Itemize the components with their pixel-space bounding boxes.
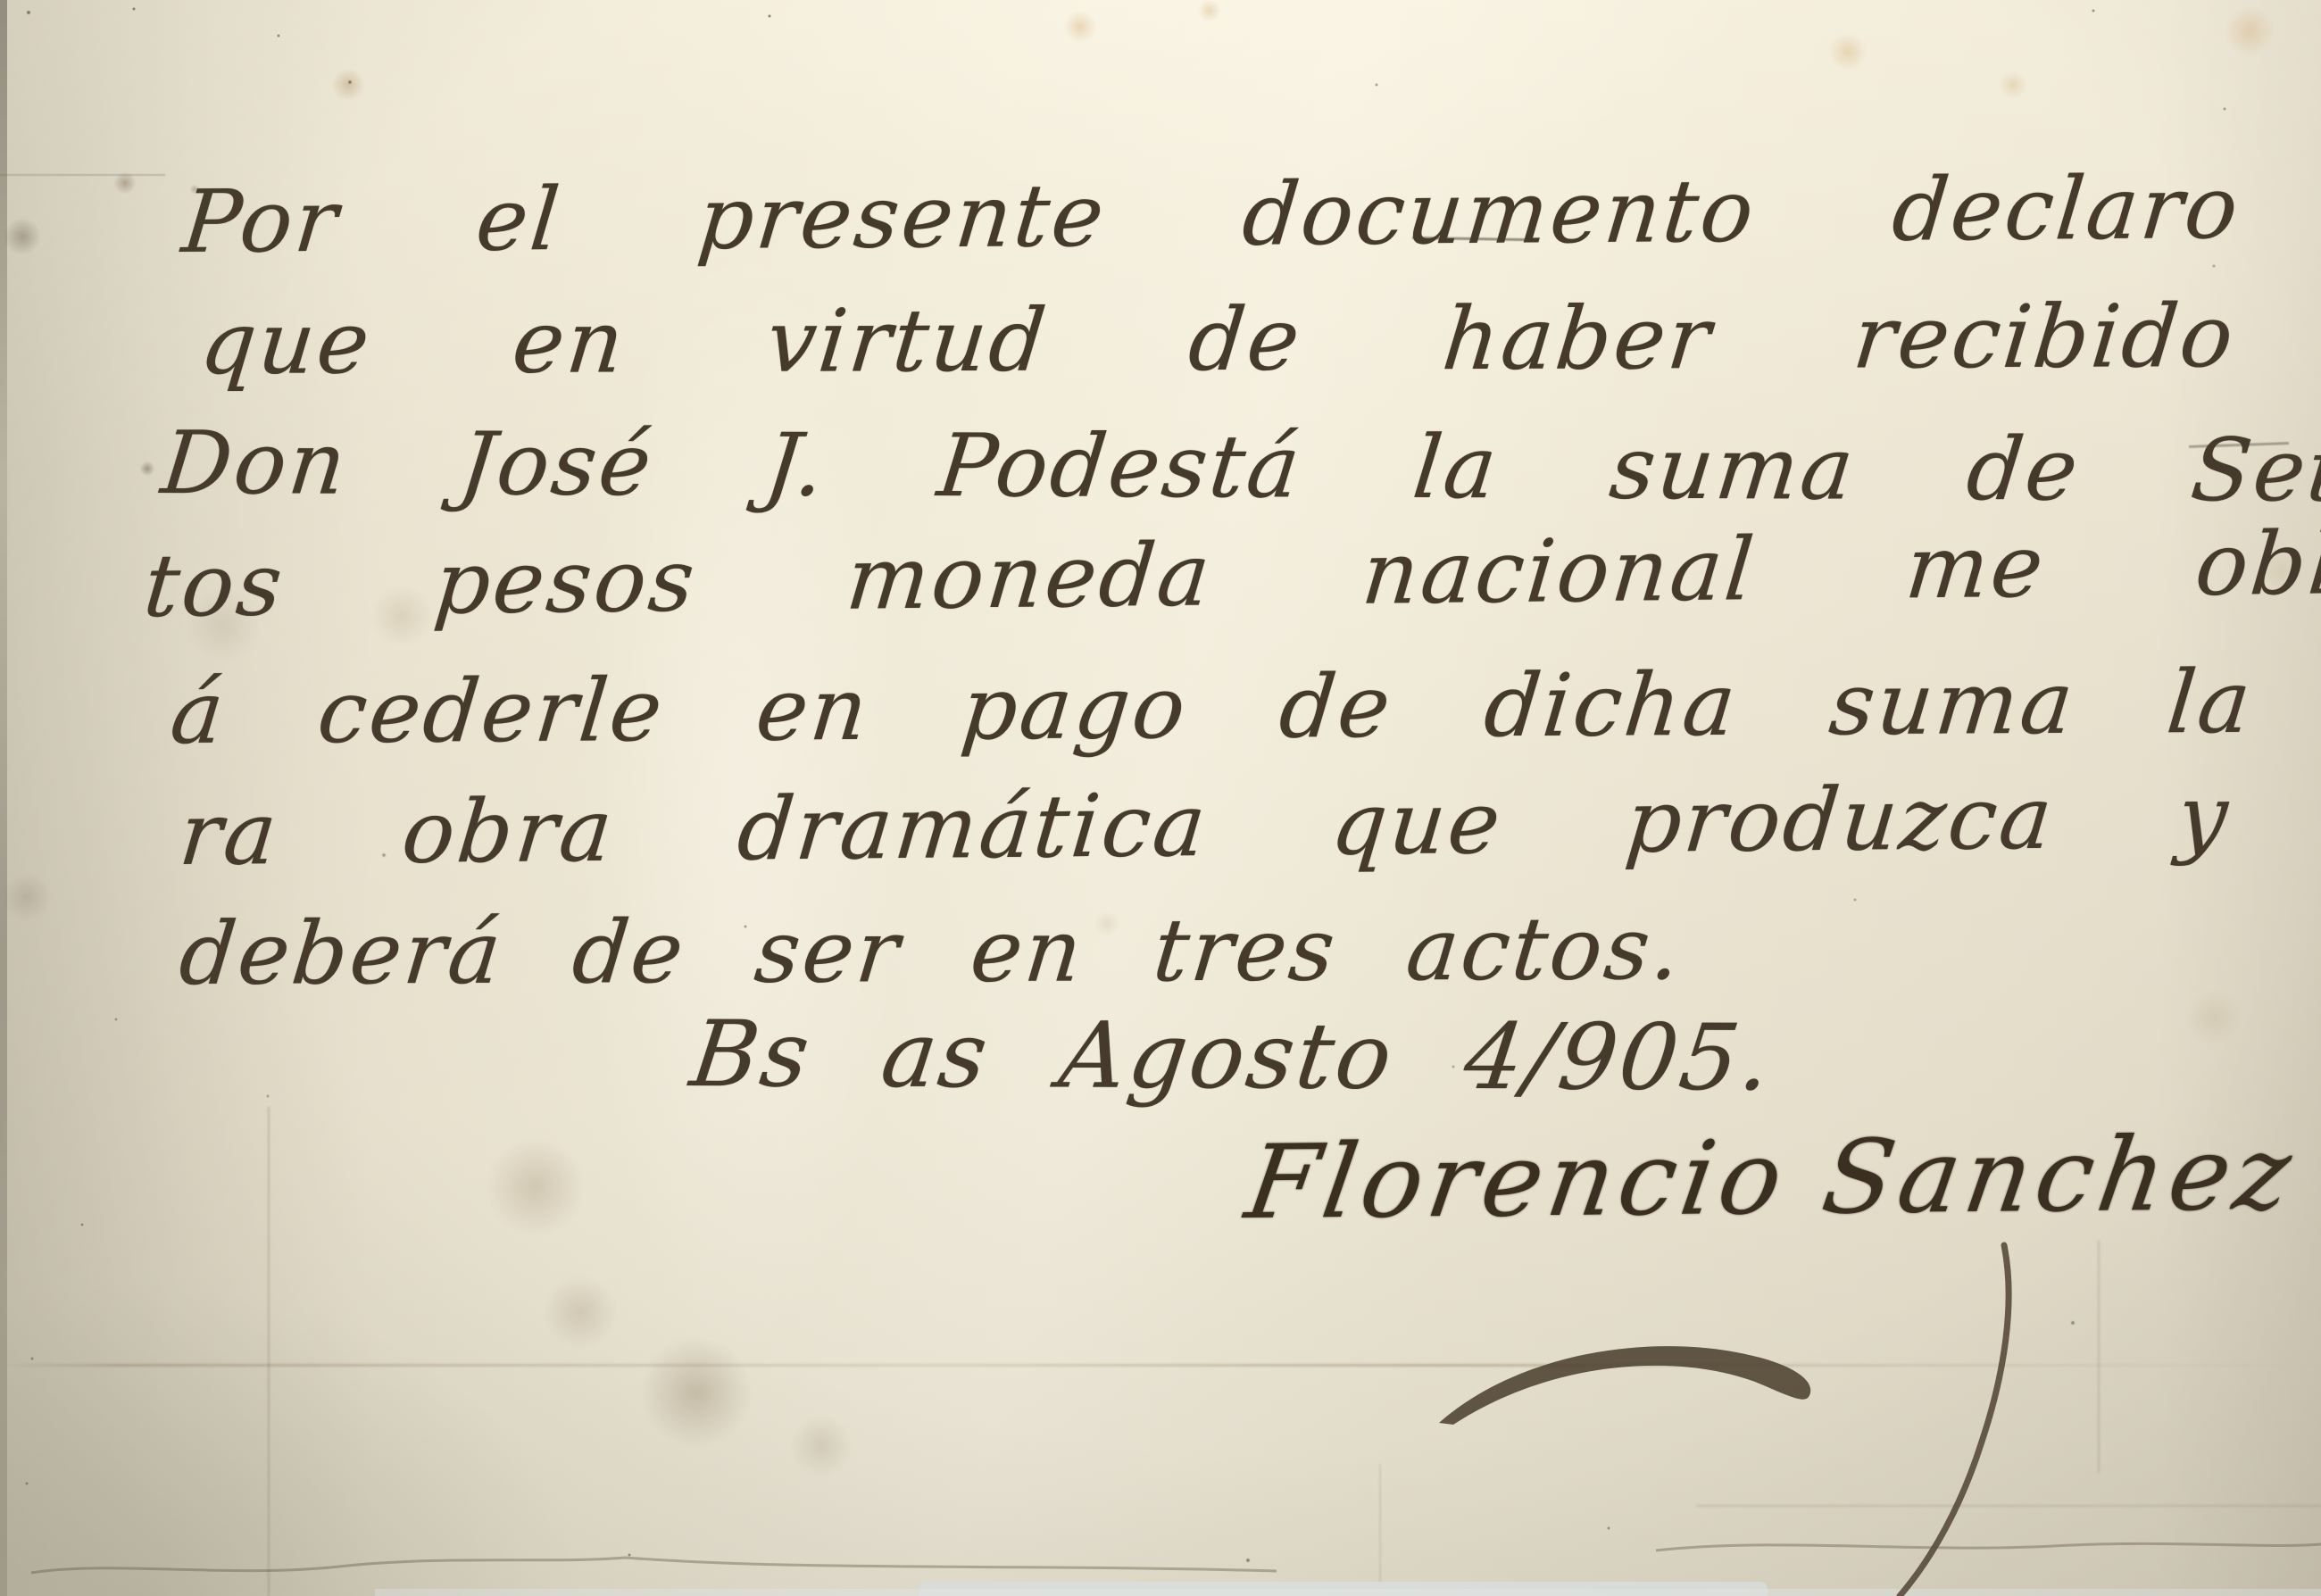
paper-edge-shadow — [0, 0, 7, 1596]
manuscript-line-5: á cederle en pago de dicha suma la prime… — [166, 649, 2321, 763]
manuscript-line-1: Por el presente documento declaro — [178, 157, 2244, 272]
fold-crease-vertical-right — [2098, 1241, 2100, 1473]
fold-crease-vertical-center — [1379, 1464, 1381, 1596]
manuscript-line-2: que en virtud de haber recibido de — [195, 285, 2321, 394]
manuscript-line-4: tos pesos moneda nacional me obligo — [140, 511, 2321, 636]
manuscript-photo: Por el presente documento declaro que en… — [0, 0, 2321, 1596]
signature: Florencio Sanchez — [1239, 1114, 2304, 1242]
ghost-writing-bottom — [31, 1543, 2321, 1573]
manuscript-line-3: Don José J. Podestá la suma de Setecien — [157, 412, 2321, 522]
manuscript-line-6: ra obra dramática que produzca y que — [176, 763, 2321, 885]
paper-bottom-edge-faint — [375, 1589, 2321, 1596]
fold-crease-vertical-left — [268, 1107, 270, 1596]
signature-tail-stroke — [1900, 1245, 2009, 1596]
paper-edge-line — [0, 174, 165, 176]
date-line: Bs as Agosto 4/905. — [685, 1002, 1779, 1111]
fold-crease-horizontal — [0, 1364, 2321, 1367]
fold-crease-horizontal-right — [1696, 1505, 2321, 1507]
manuscript-line-7: deberá de ser en tres actos. — [175, 898, 1687, 1004]
signature-underline-swash — [1439, 1346, 1810, 1425]
